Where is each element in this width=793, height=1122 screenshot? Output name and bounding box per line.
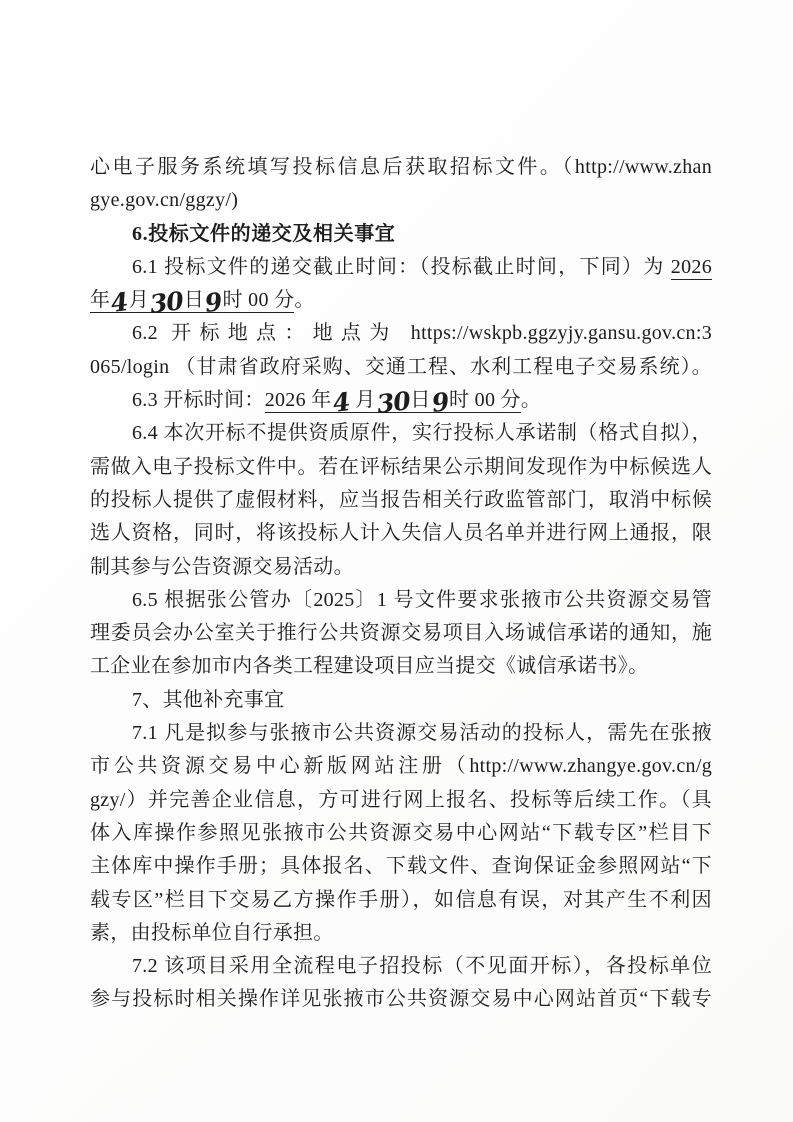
document-page: 心电子服务系统填写投标信息后获取招标文件。（http://www.zhangye… (0, 0, 793, 1122)
underlined-text: 年 (90, 289, 110, 311)
underlined-text: 时 00 分 (449, 389, 521, 411)
doc-text: 6.1 投标文件的递交截止时间：（投标截止时间，下同）为 (132, 256, 671, 278)
doc-text: 7.2 该项目采用全流程电子招投标（不见面开标），各投标单位 (132, 955, 712, 977)
handwritten-digit: 4 (110, 302, 128, 304)
doc-text: 。 (294, 289, 314, 311)
doc-text: 体入库操作参照见张掖市公共资源交易中心网站“下载专区”栏目下 (90, 822, 712, 844)
doc-text: 065/login （甘肃省政府采购、交通工程、水利工程电子交易系统）。 (90, 356, 712, 378)
doc-line: 6.5 根据张公管办〔2025〕1 号文件要求张掖市公共资源交易管 (90, 584, 712, 617)
doc-text: 6.4 本次开标不提供资质原件，实行投标人承诺制（格式自拟）， (132, 422, 712, 444)
doc-line: 心电子服务系统填写投标信息后获取招标文件。（http://www.zhan (90, 151, 712, 184)
doc-text: 理委员会办公室关于推行公共资源交易项目入场诚信承诺的通知，施 (90, 622, 712, 644)
doc-line: 市公共资源交易中心新版网站注册（http://www.zhangye.gov.c… (90, 750, 712, 783)
doc-line: 理委员会办公室关于推行公共资源交易项目入场诚信承诺的通知，施 (90, 617, 712, 650)
doc-line: 7.1 凡是拟参与张掖市公共资源交易活动的投标人，需先在张掖 (90, 717, 712, 750)
doc-line: 制其参与公告资源交易活动。 (90, 551, 712, 584)
doc-text: 6.5 根据张公管办〔2025〕1 号文件要求张掖市公共资源交易管 (132, 589, 712, 611)
doc-line: 选人资格，同时，将该投标人计入失信人员名单并进行网上通报，限 (90, 517, 712, 550)
handwritten-digit: 9 (431, 402, 449, 404)
underlined-text: 时 00 分 (223, 289, 295, 311)
doc-line: 6.4 本次开标不提供资质原件，实行投标人承诺制（格式自拟）， (90, 417, 712, 450)
handwritten-digit: 30 (376, 401, 411, 405)
doc-line: 需做入电子投标文件中。若在评标结果公示期间发现作为中标候选人 (90, 451, 712, 484)
doc-text: 7、其他补充事宜 (132, 689, 284, 711)
underlined-text: 2026 (671, 256, 712, 278)
document-text-block: 心电子服务系统填写投标信息后获取招标文件。（http://www.zhangye… (90, 151, 712, 1017)
doc-line: 参与投标时相关操作详见张掖市公共资源交易中心网站首页“下载专 (90, 983, 712, 1016)
doc-text: 素，由投标单位自行承担。 (90, 922, 334, 944)
doc-line: 素，由投标单位自行承担。 (90, 917, 712, 950)
doc-text: 载专区”栏目下交易乙方操作手册），如信息有误，对其产生不利因 (90, 889, 712, 911)
doc-line: 065/login （甘肃省政府采购、交通工程、水利工程电子交易系统）。 (90, 351, 712, 384)
underlined-text: 日 (184, 289, 204, 311)
doc-line: 的投标人提供了虚假材料，应当报告相关行政监管部门，取消中标候 (90, 484, 712, 517)
doc-text: 工企业在参加市内各类工程建设项目应当提交《诚信承诺书》。 (90, 655, 648, 677)
underlined-fill-in: 2026 (671, 256, 712, 280)
underlined-text: 2026 年 (265, 389, 332, 411)
doc-line: 6.3 开标时间：2026 年4 月30日9时 00 分。 (90, 384, 712, 417)
doc-line: 7.2 该项目采用全流程电子招投标（不见面开标），各投标单位 (90, 950, 712, 983)
doc-line: 载专区”栏目下交易乙方操作手册），如信息有误，对其产生不利因 (90, 884, 712, 917)
doc-text: 主体库中操作手册；具体报名、下载文件、查询保证金参照网站“下 (90, 855, 712, 877)
doc-text: 选人资格，同时，将该投标人计入失信人员名单并进行网上通报，限 (90, 522, 712, 544)
doc-text: 参与投标时相关操作详见张掖市公共资源交易中心网站首页“下载专 (90, 988, 712, 1010)
doc-line: 工企业在参加市内各类工程建设项目应当提交《诚信承诺书》。 (90, 650, 712, 683)
underlined-text: 月 (350, 389, 376, 411)
underlined-text: 日 (410, 389, 430, 411)
doc-text: 6.2 开标地点：地点为 https://wskpb.ggzyjy.gansu.… (132, 322, 712, 344)
doc-text: gzy/）并完善企业信息，方可进行网上报名、投标等后续工作。（具 (90, 789, 712, 811)
doc-text: 。 (521, 389, 541, 411)
doc-line: 6.1 投标文件的递交截止时间：（投标截止时间，下同）为 2026 (90, 251, 712, 284)
doc-text: gye.gov.cn/ggzy/) (90, 189, 238, 211)
doc-line: 7、其他补充事宜 (90, 684, 712, 717)
doc-text: 市公共资源交易中心新版网站注册（http://www.zhangye.gov.c… (90, 755, 712, 777)
doc-heading-line: 6.投标文件的递交及相关事宜 (90, 218, 712, 251)
doc-text: 制其参与公告资源交易活动。 (90, 556, 354, 578)
doc-line: 主体库中操作手册；具体报名、下载文件、查询保证金参照网站“下 (90, 850, 712, 883)
underlined-fill-in: 2026 年4 月30日9时 00 分 (265, 389, 521, 413)
doc-line: gye.gov.cn/ggzy/) (90, 184, 712, 217)
doc-line: 6.2 开标地点：地点为 https://wskpb.ggzyjy.gansu.… (90, 317, 712, 350)
handwritten-digit: 30 (149, 301, 184, 305)
doc-line: gzy/）并完善企业信息，方可进行网上报名、投标等后续工作。（具 (90, 784, 712, 817)
handwritten-digit: 4 (332, 402, 350, 404)
doc-text: 6.投标文件的递交及相关事宜 (132, 223, 395, 245)
doc-line: 年4月30日9时 00 分。 (90, 284, 712, 317)
handwritten-digit: 9 (204, 302, 222, 304)
doc-text: 的投标人提供了虚假材料，应当报告相关行政监管部门，取消中标候 (90, 489, 712, 511)
doc-line: 体入库操作参照见张掖市公共资源交易中心网站“下载专区”栏目下 (90, 817, 712, 850)
doc-text: 心电子服务系统填写投标信息后获取招标文件。（http://www.zhan (90, 156, 712, 178)
doc-text: 需做入电子投标文件中。若在评标结果公示期间发现作为中标候选人 (90, 456, 712, 478)
doc-text: 6.3 开标时间： (132, 389, 265, 411)
underlined-fill-in: 年4月30日9时 00 分 (90, 289, 294, 313)
doc-text: 7.1 凡是拟参与张掖市公共资源交易活动的投标人，需先在张掖 (132, 722, 712, 744)
underlined-text: 月 (129, 289, 149, 311)
